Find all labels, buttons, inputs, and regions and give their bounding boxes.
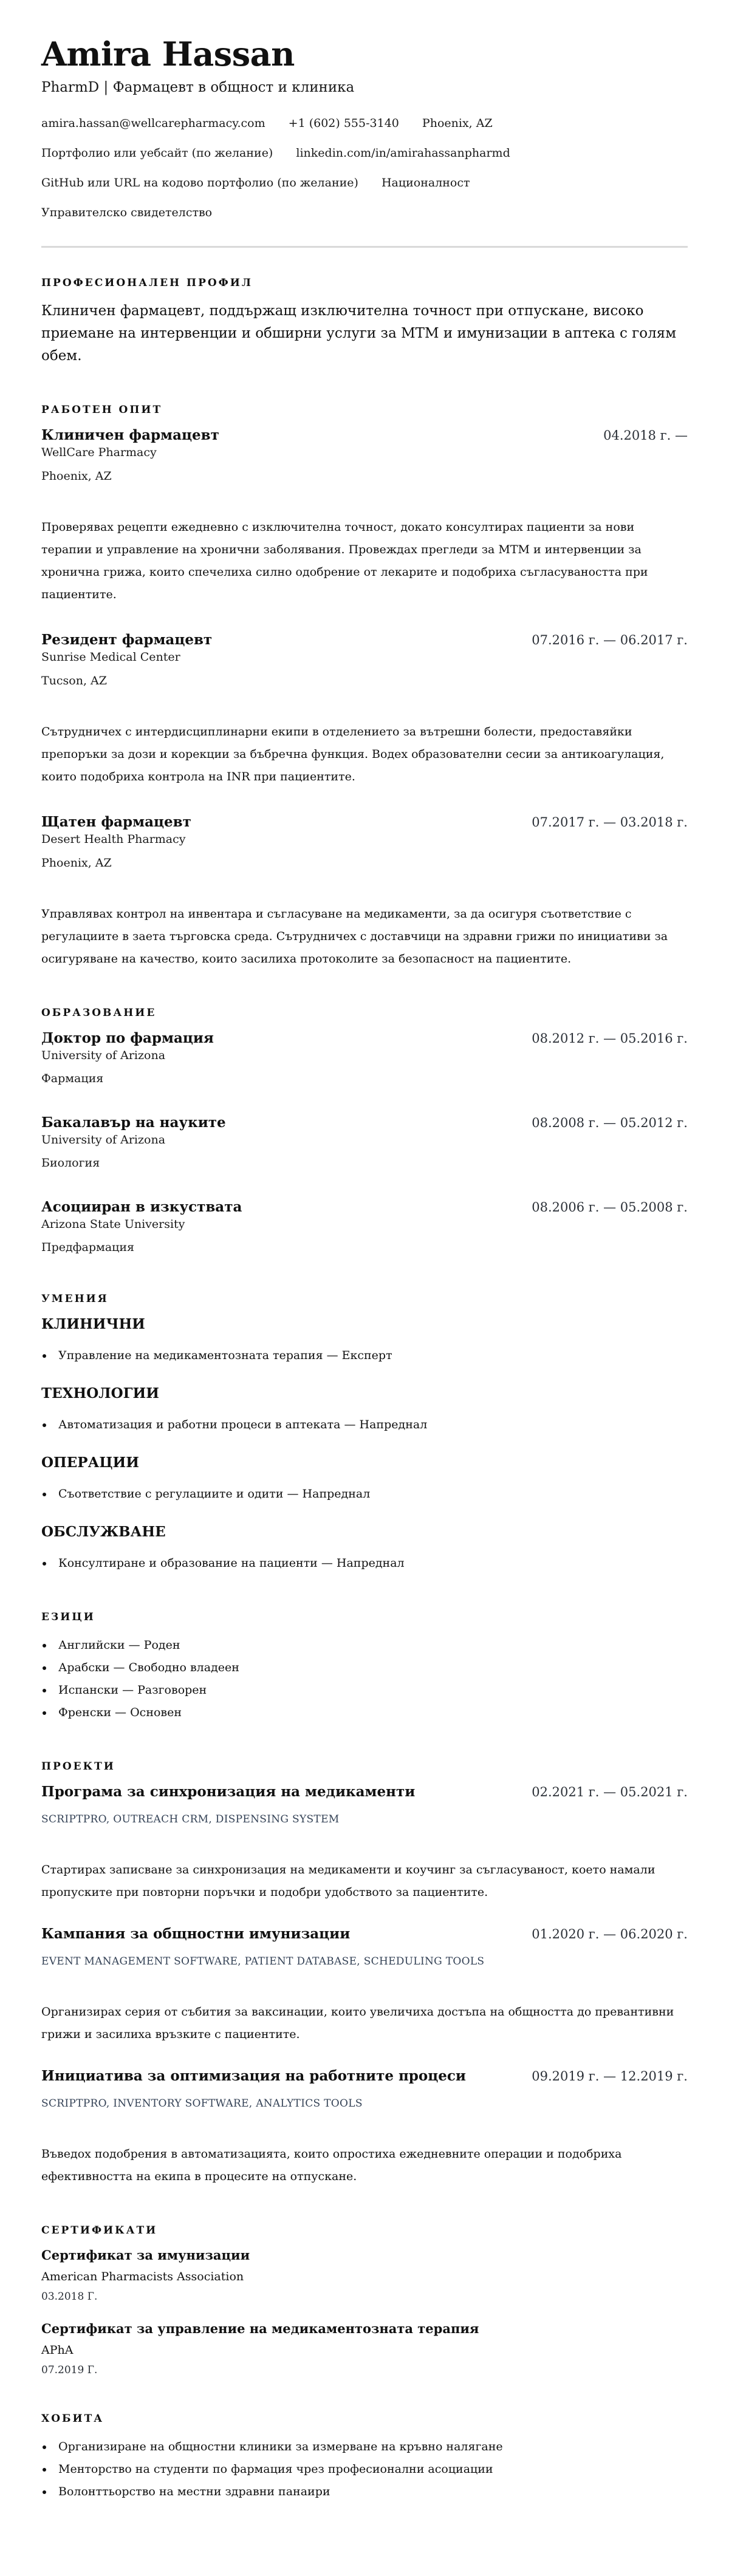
skill-group: КЛИНИЧНИ Управление на медикаментозната …	[41, 1316, 688, 1367]
section-title: Хобита	[41, 2413, 688, 2425]
portfolio-link[interactable]: Портфолио или уебсайт (по желание)	[41, 146, 273, 160]
job-location: Phoenix, AZ	[41, 469, 688, 483]
job-location: Phoenix, AZ	[41, 856, 688, 870]
project-entry: Програма за синхронизация на медикаменти…	[41, 1784, 688, 1904]
experience-entry: Резидент фармацевт 07.2016 г. — 06.2017 …	[41, 632, 688, 788]
profile-summary: Клиничен фармацевт, поддържащ изключител…	[41, 300, 688, 367]
experience-entry: Клиничен фармацевт 04.2018 г. — WellCare…	[41, 427, 688, 606]
education-section: Образование Доктор по фармация 08.2012 г…	[41, 1007, 688, 1256]
project-tech: SCRIPTPRO, INVENTORY SOFTWARE, ANALYTICS…	[41, 2097, 688, 2110]
education-entry: Доктор по фармация 08.2012 г. — 05.2016 …	[41, 1030, 688, 1088]
job-title: Резидент фармацевт	[41, 632, 212, 648]
education-dates: 08.2008 г. — 05.2012 г.	[532, 1116, 688, 1130]
phone-text[interactable]: +1 (602) 555-3140	[289, 117, 399, 130]
field-of-study: Биология	[41, 1154, 688, 1172]
section-title: Работен опит	[41, 404, 688, 416]
school-name: University of Arizona	[41, 1131, 688, 1149]
contact-row-1: amira.hassan@wellcarepharmacy.com +1 (60…	[41, 109, 688, 138]
github-link[interactable]: GitHub или URL на кодово портфолио (по ж…	[41, 176, 358, 189]
degree-title: Доктор по фармация	[41, 1030, 214, 1046]
cert-issuer: American Pharmacists Association	[41, 2270, 688, 2283]
section-title: Образование	[41, 1007, 688, 1019]
field-of-study: Фармация	[41, 1069, 688, 1088]
cert-date: 07.2019 Г.	[41, 2364, 688, 2376]
job-description: Проверявах рецепти ежедневно с изключите…	[41, 516, 688, 606]
experience-section: Работен опит Клиничен фармацевт 04.2018 …	[41, 404, 688, 970]
resume-header: Amira Hassan PharmD | Фармацевт в общнос…	[41, 36, 688, 228]
project-name: Инициатива за оптимизация на работните п…	[41, 2068, 466, 2084]
project-dates: 02.2021 г. — 05.2021 г.	[532, 1785, 688, 1799]
degree-title: Бакалавър на науките	[41, 1114, 226, 1131]
section-title: Сертификати	[41, 2224, 688, 2237]
job-dates: 04.2018 г. —	[603, 428, 688, 443]
cert-name: Сертификат за имунизации	[41, 2247, 688, 2263]
skill-item: Управление на медикаментозната терапия —…	[41, 1344, 688, 1367]
job-company: Desert Health Pharmacy	[41, 830, 688, 848]
contact-row-2: Портфолио или уебсайт (по желание) linke…	[41, 138, 688, 168]
project-entry: Инициатива за оптимизация на работните п…	[41, 2068, 688, 2188]
job-title: Клиничен фармацевт	[41, 427, 219, 443]
language-item: Английски — Роден	[41, 1634, 688, 1657]
project-description: Организирах серия от събития за ваксинац…	[41, 2001, 688, 2046]
cert-name: Сертификат за управление на медикаментоз…	[41, 2321, 688, 2336]
hobby-item: Менторство на студенти по фармация чрез …	[41, 2458, 688, 2481]
job-dates: 07.2017 г. — 03.2018 г.	[532, 815, 688, 830]
job-company: Sunrise Medical Center	[41, 648, 688, 666]
license-text: Управителско свидетелство	[41, 206, 212, 219]
project-description: Въведох подобрения в автоматизацията, ко…	[41, 2143, 688, 2188]
contact-row-3: GitHub или URL на кодово портфолио (по ж…	[41, 168, 688, 198]
project-dates: 09.2019 г. — 12.2019 г.	[532, 2069, 688, 2084]
certification-entry: Сертификат за управление на медикаментоз…	[41, 2321, 688, 2376]
skill-category: ОПЕРАЦИИ	[41, 1454, 688, 1471]
section-title: Езици	[41, 1611, 688, 1623]
skill-category: КЛИНИЧНИ	[41, 1316, 688, 1332]
languages-section: Езици Английски — Роден Арабски — Свобод…	[41, 1611, 688, 1724]
contact-row-4: Управителско свидетелство	[41, 198, 688, 228]
project-description: Стартирах записване за синхронизация на …	[41, 1859, 688, 1904]
header-divider	[41, 246, 688, 248]
project-name: Кампания за общностни имунизации	[41, 1926, 350, 1942]
skill-group: ОПЕРАЦИИ Съответствие с регулациите и од…	[41, 1454, 688, 1505]
hobby-item: Организиране на общностни клиники за изм…	[41, 2436, 688, 2458]
education-entry: Асоцииран в изкуствата 08.2006 г. — 05.2…	[41, 1199, 688, 1256]
cert-issuer: APhA	[41, 2343, 688, 2357]
job-location: Tucson, AZ	[41, 674, 688, 687]
hobbies-list: Организиране на общностни клиники за изм…	[41, 2436, 688, 2503]
section-title: Професионален профил	[41, 277, 688, 289]
nationality-text: Националност	[382, 176, 470, 189]
skill-group: ОБСЛУЖВАНЕ Консултиране и образование на…	[41, 1524, 688, 1575]
hobbies-section: Хобита Организиране на общностни клиники…	[41, 2413, 688, 2503]
section-title: Проекти	[41, 1760, 688, 1773]
language-item: Френски — Основен	[41, 1702, 688, 1724]
skill-category: ОБСЛУЖВАНЕ	[41, 1524, 688, 1540]
skills-section: Умения КЛИНИЧНИ Управление на медикамент…	[41, 1293, 688, 1575]
skill-item: Автоматизация и работни процеси в аптека…	[41, 1414, 688, 1436]
field-of-study: Предфармация	[41, 1238, 688, 1256]
candidate-name: Amira Hassan	[41, 36, 688, 72]
profile-section: Професионален профил Клиничен фармацевт,…	[41, 277, 688, 367]
job-description: Сътрудничех с интердисциплинарни екипи в…	[41, 721, 688, 788]
section-title: Умения	[41, 1293, 688, 1305]
job-dates: 07.2016 г. — 06.2017 г.	[532, 633, 688, 647]
education-dates: 08.2012 г. — 05.2016 г.	[532, 1031, 688, 1046]
project-tech: EVENT MANAGEMENT SOFTWARE, PATIENT DATAB…	[41, 1955, 688, 1968]
project-dates: 01.2020 г. — 06.2020 г.	[532, 1927, 688, 1941]
education-entry: Бакалавър на науките 08.2008 г. — 05.201…	[41, 1114, 688, 1172]
skill-group: ТЕХНОЛОГИИ Автоматизация и работни проце…	[41, 1385, 688, 1436]
language-item: Арабски — Свободно владеен	[41, 1657, 688, 1679]
resume-page: Amira Hassan PharmD | Фармацевт в общнос…	[0, 0, 729, 2576]
degree-title: Асоцииран в изкуствата	[41, 1199, 242, 1215]
contact-block: amira.hassan@wellcarepharmacy.com +1 (60…	[41, 109, 688, 228]
project-entry: Кампания за общностни имунизации 01.2020…	[41, 1926, 688, 2046]
education-dates: 08.2006 г. — 05.2008 г.	[532, 1200, 688, 1215]
candidate-headline: PharmD | Фармацевт в общност и клиника	[41, 80, 688, 95]
cert-date: 03.2018 Г.	[41, 2291, 688, 2303]
school-name: University of Arizona	[41, 1046, 688, 1065]
location-text: Phoenix, AZ	[422, 117, 493, 130]
job-company: WellCare Pharmacy	[41, 443, 688, 462]
skill-category: ТЕХНОЛОГИИ	[41, 1385, 688, 1402]
languages-list: Английски — Роден Арабски — Свободно вла…	[41, 1634, 688, 1724]
experience-entry: Щатен фармацевт 07.2017 г. — 03.2018 г. …	[41, 814, 688, 970]
school-name: Arizona State University	[41, 1215, 688, 1233]
project-name: Програма за синхронизация на медикаменти	[41, 1784, 415, 1800]
skill-item: Консултиране и образование на пациенти —…	[41, 1552, 688, 1575]
project-tech: SCRIPTPRO, OUTREACH CRM, DISPENSING SYST…	[41, 1813, 688, 1825]
linkedin-link[interactable]: linkedin.com/in/amirahassanpharmd	[296, 146, 510, 160]
email-link[interactable]: amira.hassan@wellcarepharmacy.com	[41, 117, 265, 130]
job-description: Управлявах контрол на инвентара и съглас…	[41, 903, 688, 970]
job-title: Щатен фармацевт	[41, 814, 191, 830]
projects-section: Проекти Програма за синхронизация на мед…	[41, 1760, 688, 2188]
certifications-section: Сертификати Сертификат за имунизации Ame…	[41, 2224, 688, 2376]
skill-item: Съответствие с регулациите и одити — Нап…	[41, 1483, 688, 1505]
hobby-item: Волонттьорство на местни здравни панаири	[41, 2481, 688, 2503]
certification-entry: Сертификат за имунизации American Pharma…	[41, 2247, 688, 2303]
language-item: Испански — Разговорен	[41, 1679, 688, 1702]
